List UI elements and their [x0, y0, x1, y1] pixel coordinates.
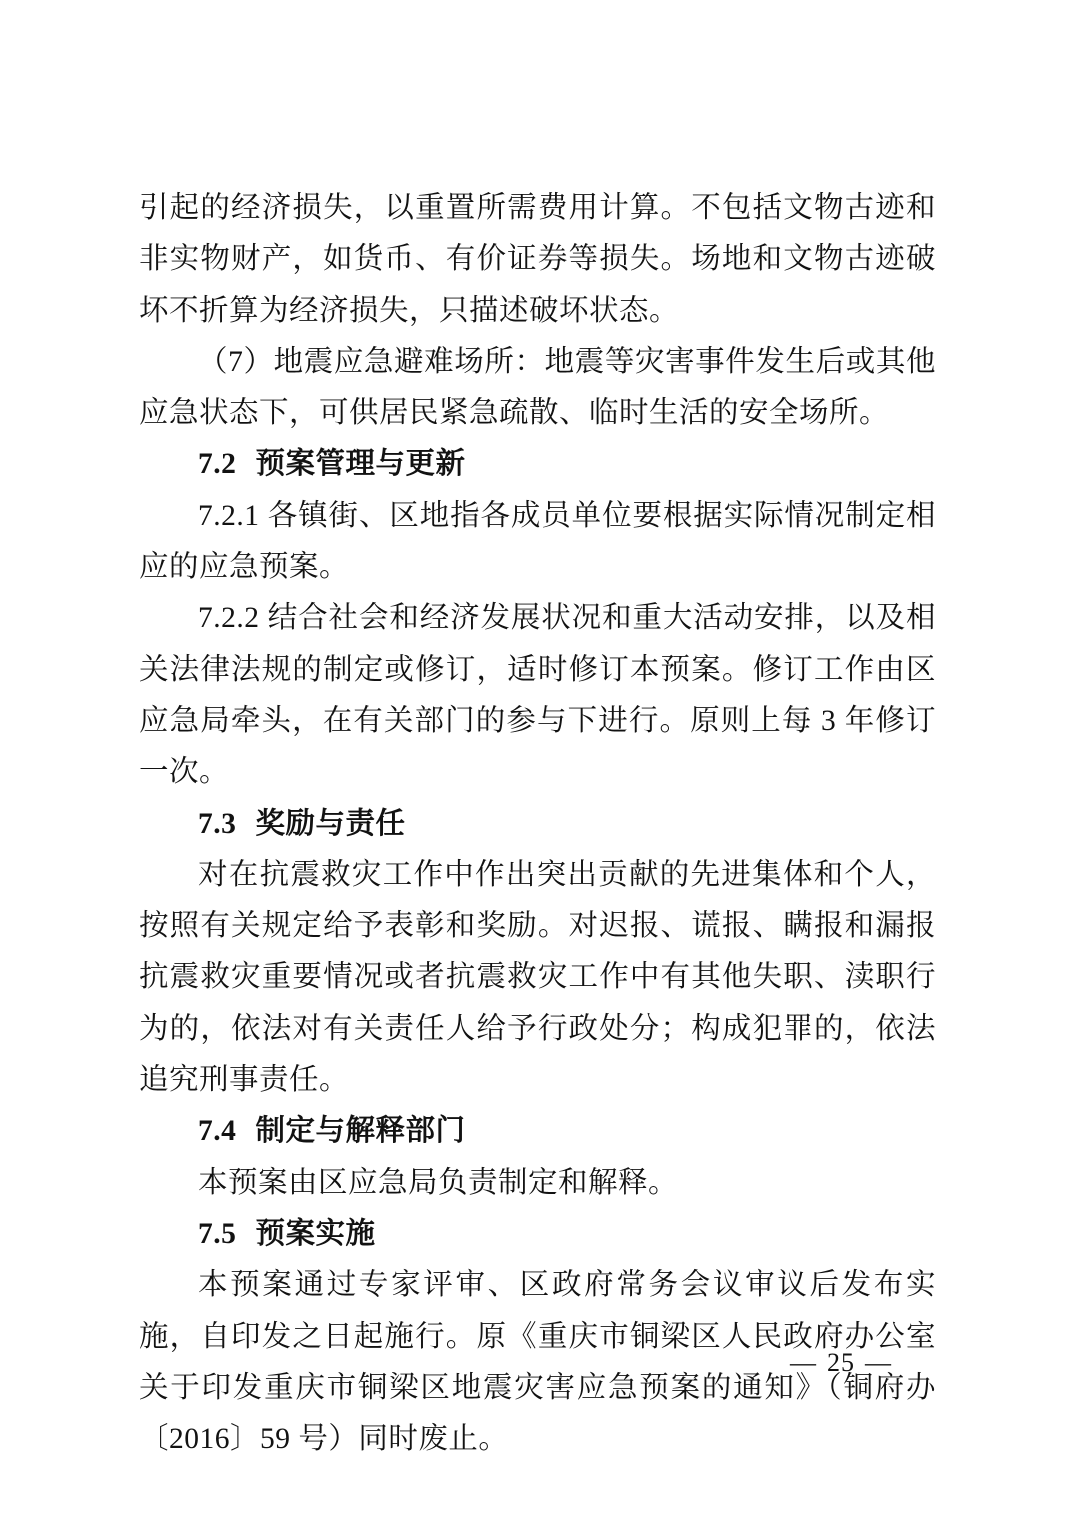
section-title: 预案管理与更新 — [256, 448, 466, 480]
paragraph-7-3-rewards: 对在抗震救灾工作中作出突出贡献的先进集体和个人，按照有关规定给予表彰和奖励。对迟… — [139, 850, 936, 1106]
section-title: 奖励与责任 — [256, 808, 406, 840]
paragraph-economic-loss-continued: 引起的经济损失，以重置所需费用计算。不包括文物古迹和非实物财产，如货币、有价证券… — [139, 183, 936, 337]
document-page: 引起的经济损失，以重置所需费用计算。不包括文物古迹和非实物财产，如货币、有价证券… — [0, 0, 1074, 1520]
page-number-value: 25 — [827, 1348, 855, 1377]
section-heading-7-5: 7.5预案实施 — [139, 1209, 936, 1260]
document-body: 引起的经济损失，以重置所需费用计算。不包括文物古迹和非实物财产，如货币、有价证券… — [139, 183, 936, 1465]
paragraph-7-2-2: 7.2.2 结合社会和经济发展状况和重大活动安排，以及相关法律法规的制定或修订，… — [139, 593, 936, 798]
page-number-dash-right: — — [865, 1348, 892, 1377]
section-number: 7.2 — [198, 448, 236, 480]
section-heading-7-4: 7.4制定与解释部门 — [139, 1106, 936, 1157]
section-number: 7.4 — [198, 1115, 236, 1147]
page-number-dash-left: — — [790, 1348, 817, 1377]
paragraph-definition-7-shelter: （7）地震应急避难场所：地震等灾害事件发生后或其他应急状态下，可供居民紧急疏散、… — [139, 337, 936, 440]
section-heading-7-2: 7.2预案管理与更新 — [139, 439, 936, 490]
section-heading-7-3: 7.3奖励与责任 — [139, 799, 936, 850]
section-title: 预案实施 — [256, 1218, 376, 1250]
paragraph-7-2-1: 7.2.1 各镇街、区地指各成员单位要根据实际情况制定相应的应急预案。 — [139, 491, 936, 594]
section-number: 7.5 — [198, 1218, 236, 1250]
page-number: —25— — [780, 1346, 902, 1380]
paragraph-7-4-interpretation: 本预案由区应急局负责制定和解释。 — [139, 1158, 936, 1209]
section-title: 制定与解释部门 — [256, 1115, 466, 1147]
section-number: 7.3 — [198, 808, 236, 840]
